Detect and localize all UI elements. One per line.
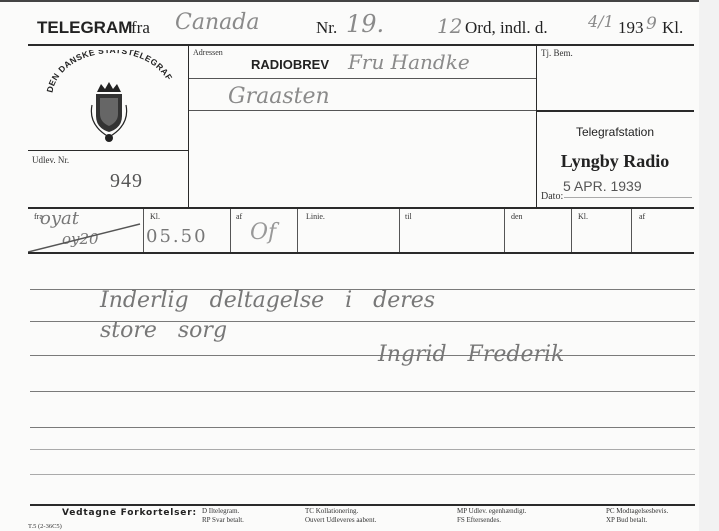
- emblem-divider: [28, 150, 188, 151]
- ruled-line-7: [30, 474, 695, 475]
- date-stamp: 5 APR. 1939: [563, 178, 642, 194]
- nr-value: 19.: [346, 10, 384, 38]
- abbrev-pc: PC Modtagelsesbevis.: [606, 507, 668, 516]
- telegrafstation-label: Telegrafstation: [536, 125, 694, 139]
- abbrev-mp: MP Udlev. egenhændigt.: [457, 507, 526, 516]
- row-af2-label: af: [639, 212, 645, 221]
- tj-bem-divider: [536, 110, 694, 112]
- row-til-label: til: [405, 212, 412, 221]
- footer-divider: [30, 504, 695, 506]
- tj-bem-label: Tj. Bem.: [541, 48, 573, 58]
- address-line-1: Fru Handke: [348, 50, 470, 74]
- abbrev-rp: RP Svar betalt.: [202, 516, 244, 525]
- abbrev-title: Vedtagne Forkortelser:: [62, 508, 197, 518]
- row-kl-value: 05.50: [146, 226, 208, 247]
- radiobrev-label: RADIOBREV: [251, 57, 329, 72]
- abbrev-group-2: TC Kollationering. Ouvert Udleveres aabe…: [305, 507, 376, 525]
- dato-label: Dato:: [541, 191, 563, 202]
- scan-top-edge: [0, 0, 719, 2]
- adressen-label: Adressen: [193, 48, 223, 57]
- station-name: Lyngby Radio: [536, 151, 694, 172]
- ruled-line-3: [30, 355, 695, 356]
- nr-label: Nr.: [316, 18, 337, 38]
- col-divider-til: [399, 209, 400, 253]
- address-line-2: Graasten: [228, 84, 330, 109]
- udlev-value: 949: [110, 170, 143, 193]
- row-den-label: den: [511, 212, 523, 221]
- col-divider-af: [230, 209, 231, 253]
- row-af-label: af: [236, 212, 242, 221]
- form-code: T.5 (2-36C5): [28, 522, 62, 531]
- abbrev-tc: TC Kollationering.: [305, 507, 376, 516]
- abbrev-d: D Iltelegram.: [202, 507, 244, 516]
- indl-date-value: 4/1: [588, 12, 614, 31]
- ruled-line-6: [30, 449, 695, 450]
- row-kl2-label: Kl.: [578, 212, 588, 221]
- row-linie-label: Linie.: [306, 212, 325, 221]
- telegram-title: TELEGRAM: [37, 18, 132, 38]
- fra-value: Canada: [175, 10, 259, 35]
- left-column-divider: [188, 44, 189, 207]
- row-af-value: Of: [250, 220, 276, 245]
- transmission-row-bottom: [28, 252, 694, 254]
- year-prefix: 193: [618, 18, 644, 38]
- coat-of-arms-icon: DEN DANSKE STATSTELEGRAF: [40, 50, 180, 145]
- col-divider-kl: [143, 209, 144, 253]
- udlev-label: Udlev. Nr.: [32, 155, 69, 165]
- upper-block-divider: [28, 207, 694, 209]
- col-divider-den: [504, 209, 505, 253]
- abbrev-group-1: D Iltelegram. RP Svar betalt.: [202, 507, 244, 525]
- ord-label: Ord, indl. d.: [465, 18, 548, 38]
- ruled-line-4: [30, 391, 695, 392]
- kl-label: Kl.: [662, 18, 683, 38]
- scan-right-margin: [699, 0, 719, 531]
- abbrev-xp: XP Bud betalt.: [606, 516, 668, 525]
- fra-label: fra: [131, 18, 150, 38]
- dato-underline: [564, 197, 692, 198]
- col-divider-af2: [631, 209, 632, 253]
- message-line-2: store sorg: [100, 318, 227, 343]
- ord-count-value: 12: [437, 14, 462, 38]
- header-divider: [28, 44, 694, 46]
- year-suffix: 9: [646, 14, 657, 34]
- message-line-1: Inderlig deltagelse i deres: [100, 288, 435, 313]
- row-kl-label: Kl.: [150, 212, 160, 221]
- abbrev-group-3: MP Udlev. egenhændigt. FS Eftersendes.: [457, 507, 526, 525]
- message-signature: Ingrid Frederik: [378, 342, 564, 367]
- col-divider-kl2: [571, 209, 572, 253]
- col-divider-linie: [297, 209, 298, 253]
- strikethrough-mark: [28, 222, 143, 254]
- address-divider-1: [189, 78, 536, 79]
- abbrev-ouvert: Ouvert Udleveres aabent.: [305, 516, 376, 525]
- ruled-line-5: [30, 427, 695, 428]
- abbrev-group-4: PC Modtagelsesbevis. XP Bud betalt.: [606, 507, 668, 525]
- abbrev-fs: FS Eftersendes.: [457, 516, 526, 525]
- address-divider-2: [189, 110, 536, 111]
